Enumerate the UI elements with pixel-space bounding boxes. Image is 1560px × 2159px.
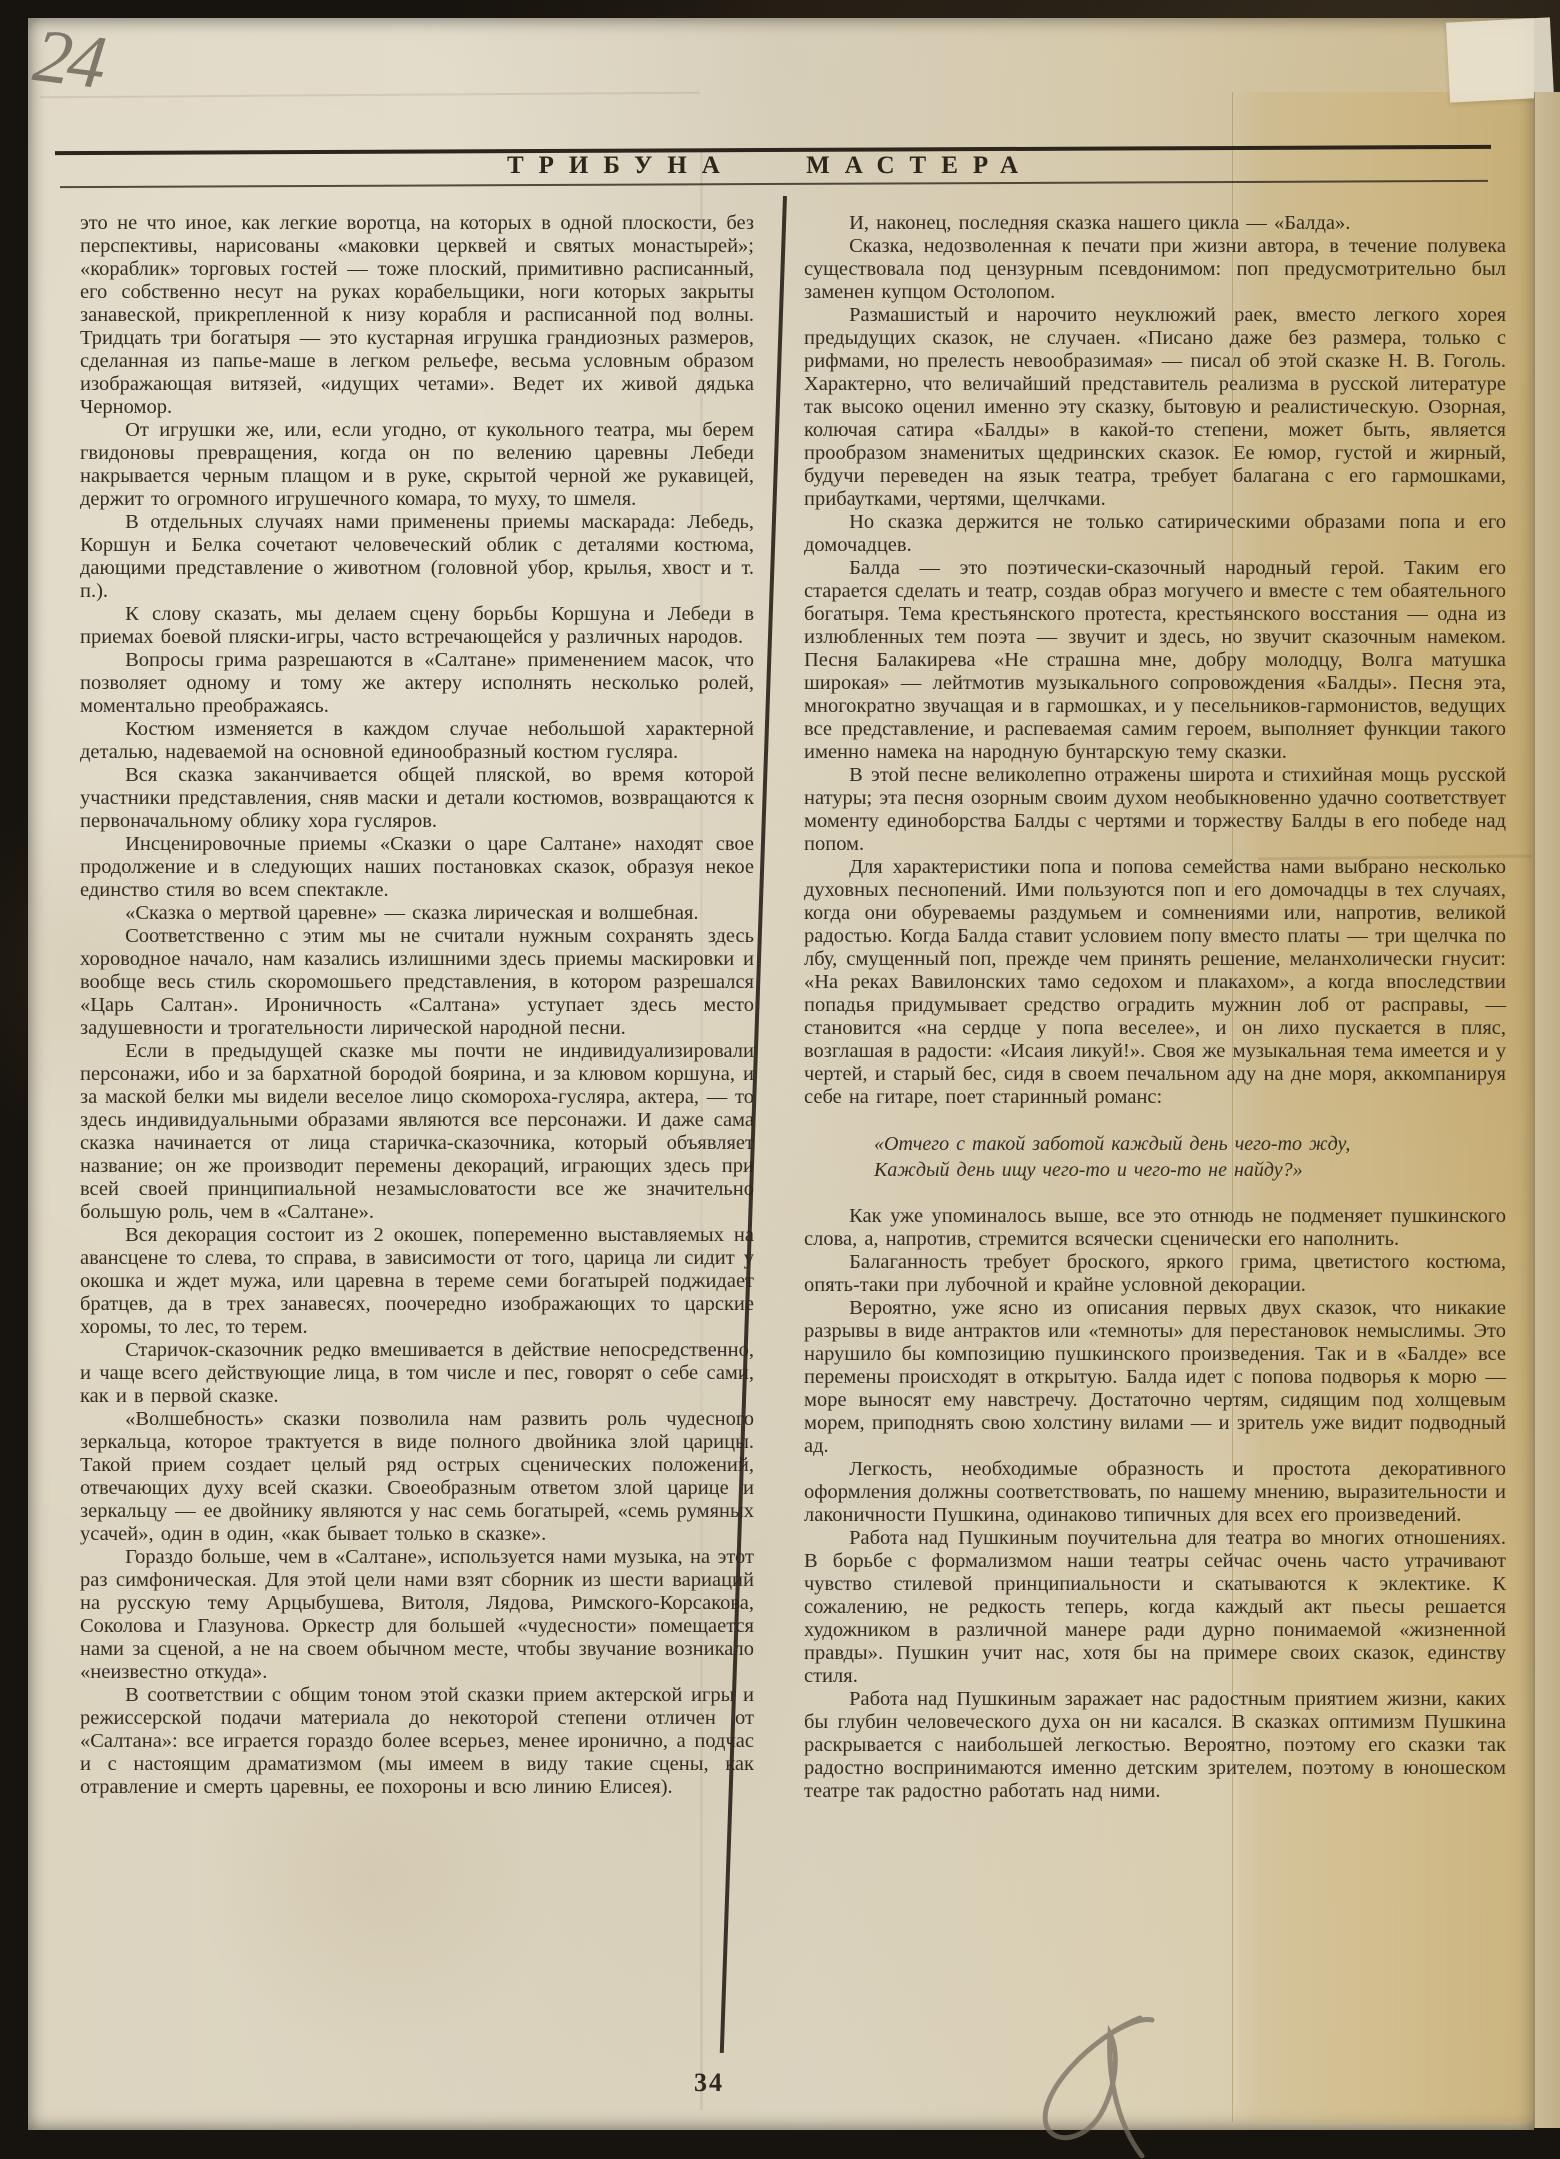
right-text-column: И, наконец, последняя сказка нашего цикл… [804,212,1506,1803]
paragraph: Инсценировочные приемы «Сказки о царе Са… [80,833,754,902]
paragraph: «Сказка о мертвой царевне» — сказка лири… [80,902,754,925]
paragraph: Для характеристики попа и попова семейст… [804,856,1506,1109]
paragraph: Как уже упоминалось выше, все это отнюдь… [804,1205,1506,1251]
paragraph: «Отчего с такой заботой каждый день чего… [874,1131,1506,1157]
paragraph: Вся сказка заканчивается общей пляской, … [80,764,754,833]
paragraph: Костюм изменяется в каждом случае неболь… [80,718,754,764]
paragraph: И, наконец, последняя сказка нашего цикл… [804,212,1506,235]
paragraph: Балаганность требует броского, яркого гр… [804,1251,1506,1297]
page-number: 34 [664,2068,754,2098]
paragraph: Размашистый и нарочито неуклюжий раек, в… [804,304,1506,511]
paragraph: Вопросы грима разрешаются в «Салтане» пр… [80,649,754,718]
paragraph: Старичок-сказочник редко вмешивается в д… [80,1339,754,1408]
paragraph: это не что иное, как легкие воротца, на … [80,212,754,419]
right-column-upper-paragraphs: И, наконец, последняя сказка нашего цикл… [804,212,1506,1109]
paragraph: Легкость, необходимые образность и прост… [804,1458,1506,1527]
paragraph: Сказка, недозволенная к печати при жизни… [804,235,1506,304]
paragraph: Работа над Пушкиным поучительна для теат… [804,1527,1506,1688]
romance-verse: «Отчего с такой заботой каждый день чего… [874,1131,1506,1183]
paragraph: Гораздо больше, чем в «Салтане», использ… [80,1546,754,1684]
paragraph: Работа над Пушкиным заражает нас радостн… [804,1688,1506,1803]
underlying-page-edge [1534,92,1560,2128]
scanned-page: { "page": { "masthead": "ТРИБУНА МАСТЕРА… [0,0,1560,2159]
paragraph: Но сказка держится не только сатирически… [804,511,1506,557]
masthead-title: ТРИБУНА МАСТЕРА [330,152,1210,180]
paragraph: «Волшебность» сказки позволила нам разви… [80,1408,754,1546]
paragraph: В отдельных случаях нами применены прием… [80,511,754,603]
paragraph: К слову сказать, мы делаем сцену борьбы … [80,603,754,649]
paragraph: Балда — это поэтически-сказочный народны… [804,557,1506,764]
paragraph: Вся декорация состоит из 2 окошек, попер… [80,1224,754,1339]
paragraph: От игрушки же, или, если угодно, от куко… [80,419,754,511]
left-text-column: это не что иное, как легкие воротца, на … [80,212,754,1799]
paragraph: В соответствии с общим тоном этой сказки… [80,1684,754,1799]
right-column-lower-paragraphs: Как уже упоминалось выше, все это отнюдь… [804,1205,1506,1803]
paragraph: Вероятно, уже ясно из описания первых дв… [804,1297,1506,1458]
paragraph: Если в предыдущей сказке мы почти не инд… [80,1040,754,1224]
paragraph: В этой песне великолепно отражены широта… [804,764,1506,856]
handwritten-page-mark: 24 [29,12,107,107]
paragraph: Соответственно с этим мы не считали нужн… [80,925,754,1040]
paragraph: Каждый день ищу чего-то и чего-то не най… [874,1157,1506,1183]
